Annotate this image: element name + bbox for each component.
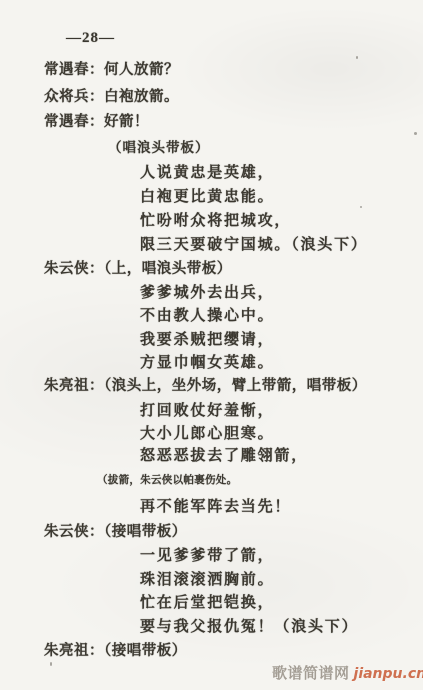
verse-line: 白袍更比黄忠能。 [140, 185, 274, 206]
verse-line: 怒恶恶拔去了雕翎箭， [140, 444, 308, 465]
dialogue-line: 众将兵：白袍放箭。 [44, 85, 179, 106]
scan-speck [414, 132, 417, 135]
dialogue-line: 常遇春：好箭！ [44, 110, 149, 131]
verse-line: 大小儿郎心胆寒。 [140, 422, 274, 443]
watermark-site-name: 歌谱简谱网 [272, 666, 350, 682]
verse-line: 忙在后堂把铠换， [140, 591, 274, 612]
dialogue-line: 朱云侠：（接唱带板） [44, 520, 187, 541]
verse-line: 限三天要破宁国城。（浪头下） [140, 233, 368, 254]
verse-line: 我要杀贼把缨请， [140, 328, 274, 349]
verse-line: 珠泪滚滚洒胸前。 [140, 568, 274, 589]
verse-line: 一见爹爹带了箭， [140, 544, 274, 565]
dialogue-line: 朱云侠：（上，唱浪头带板） [44, 257, 232, 278]
dialogue-line: 朱亮祖：（接唱带板） [44, 639, 187, 660]
stage-direction-small: （拔箭，朱云侠以帕裹伤处。 [97, 472, 237, 487]
verse-line: 人说黄忠是英雄， [140, 161, 274, 182]
scan-speck [356, 56, 358, 59]
verse-line: 打回败仗好羞惭， [140, 399, 274, 420]
dialogue-line: 常遇春：何人放箭？ [44, 58, 179, 79]
verse-line: 要与我父报仇冤！（浪头下） [140, 615, 358, 636]
scanned-script-page: —28—常遇春：何人放箭？众将兵：白袍放箭。常遇春：好箭！（唱浪头带板）人说黄忠… [0, 0, 423, 690]
verse-line: 不由教人操心中。 [140, 304, 274, 325]
verse-line: 爹爹城外去出兵， [140, 281, 274, 302]
stage-direction: （唱浪头带板） [108, 136, 210, 156]
verse-line: 方显巾帼女英雄。 [140, 351, 274, 372]
watermark-site-url: jianpu.cn [354, 666, 423, 682]
page-number: —28— [66, 30, 115, 47]
dialogue-line: 朱亮祖：（浪头上，坐外场，臂上带箭，唱带板） [44, 374, 367, 395]
verse-line: 忙吩咐众将把城攻， [140, 209, 291, 230]
watermark: 歌谱简谱网jianpu.cn [272, 662, 423, 683]
scan-speck [50, 662, 52, 666]
scan-speck [360, 206, 362, 208]
verse-line: 再不能军阵去当先！ [140, 495, 291, 516]
